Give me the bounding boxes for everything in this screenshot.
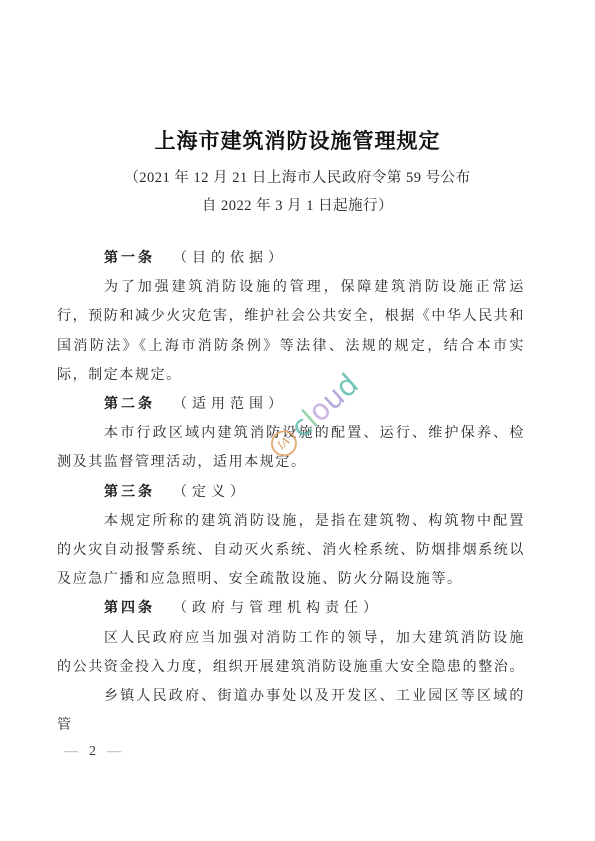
article-1-number: 第一条 bbox=[104, 251, 155, 266]
page-number-left-dash: — bbox=[64, 744, 79, 759]
article-2: 第二条（适用范围） 本市行政区域内建筑消防设施的配置、运行、维护保养、检测及其监… bbox=[57, 390, 525, 478]
article-2-heading: 第二条（适用范围） bbox=[57, 390, 525, 419]
article-3-subtitle: （定义） bbox=[173, 485, 249, 500]
article-1-subtitle: （目的依据） bbox=[173, 251, 287, 266]
page-number: —2— bbox=[64, 744, 122, 760]
promulgation-line-1: （2021 年 12 月 21 日上海市人民政府令第 59 号公布 bbox=[0, 164, 595, 192]
article-4-paragraph-2: 乡镇人民政府、街道办事处以及开发区、工业园区等区域的管 bbox=[57, 682, 525, 740]
document-body: 第一条（目的依据） 为了加强建筑消防设施的管理，保障建筑消防设施正常运行，预防和… bbox=[57, 244, 525, 740]
article-3-paragraph: 本规定所称的建筑消防设施，是指在建筑物、构筑物中配置的火灾自动报警系统、自动灭火… bbox=[57, 507, 525, 595]
article-4-number: 第四条 bbox=[104, 601, 155, 616]
article-4: 第四条（政府与管理机构责任） 区人民政府应当加强对消防工作的领导，加大建筑消防设… bbox=[57, 594, 525, 740]
article-4-subtitle: （政府与管理机构责任） bbox=[173, 601, 382, 616]
article-2-subtitle: （适用范围） bbox=[173, 397, 287, 412]
article-2-number: 第二条 bbox=[104, 397, 155, 412]
page-number-right-dash: — bbox=[107, 744, 122, 759]
article-3-number: 第三条 bbox=[104, 485, 155, 500]
document-header: 上海市建筑消防设施管理规定 （2021 年 12 月 21 日上海市人民政府令第… bbox=[0, 0, 595, 220]
article-4-paragraph-1: 区人民政府应当加强对消防工作的领导，加大建筑消防设施的公共资金投入力度，组织开展… bbox=[57, 624, 525, 682]
document-title: 上海市建筑消防设施管理规定 bbox=[0, 129, 595, 153]
article-4-heading: 第四条（政府与管理机构责任） bbox=[57, 594, 525, 623]
article-3: 第三条（定义） 本规定所称的建筑消防设施，是指在建筑物、构筑物中配置的火灾自动报… bbox=[57, 478, 525, 595]
article-1-paragraph: 为了加强建筑消防设施的管理，保障建筑消防设施正常运行，预防和减少火灾危害，维护社… bbox=[57, 273, 525, 390]
page-number-value: 2 bbox=[89, 744, 97, 759]
article-1: 第一条（目的依据） 为了加强建筑消防设施的管理，保障建筑消防设施正常运行，预防和… bbox=[57, 244, 525, 390]
article-3-heading: 第三条（定义） bbox=[57, 478, 525, 507]
scanned-document-page: 上海市建筑消防设施管理规定 （2021 年 12 月 21 日上海市人民政府令第… bbox=[0, 0, 595, 841]
article-1-heading: 第一条（目的依据） bbox=[57, 244, 525, 273]
promulgation-line-2: 自 2022 年 3 月 1 日起施行） bbox=[0, 192, 595, 220]
article-2-paragraph: 本市行政区域内建筑消防设施的配置、运行、维护保养、检测及其监督管理活动，适用本规… bbox=[57, 419, 525, 477]
